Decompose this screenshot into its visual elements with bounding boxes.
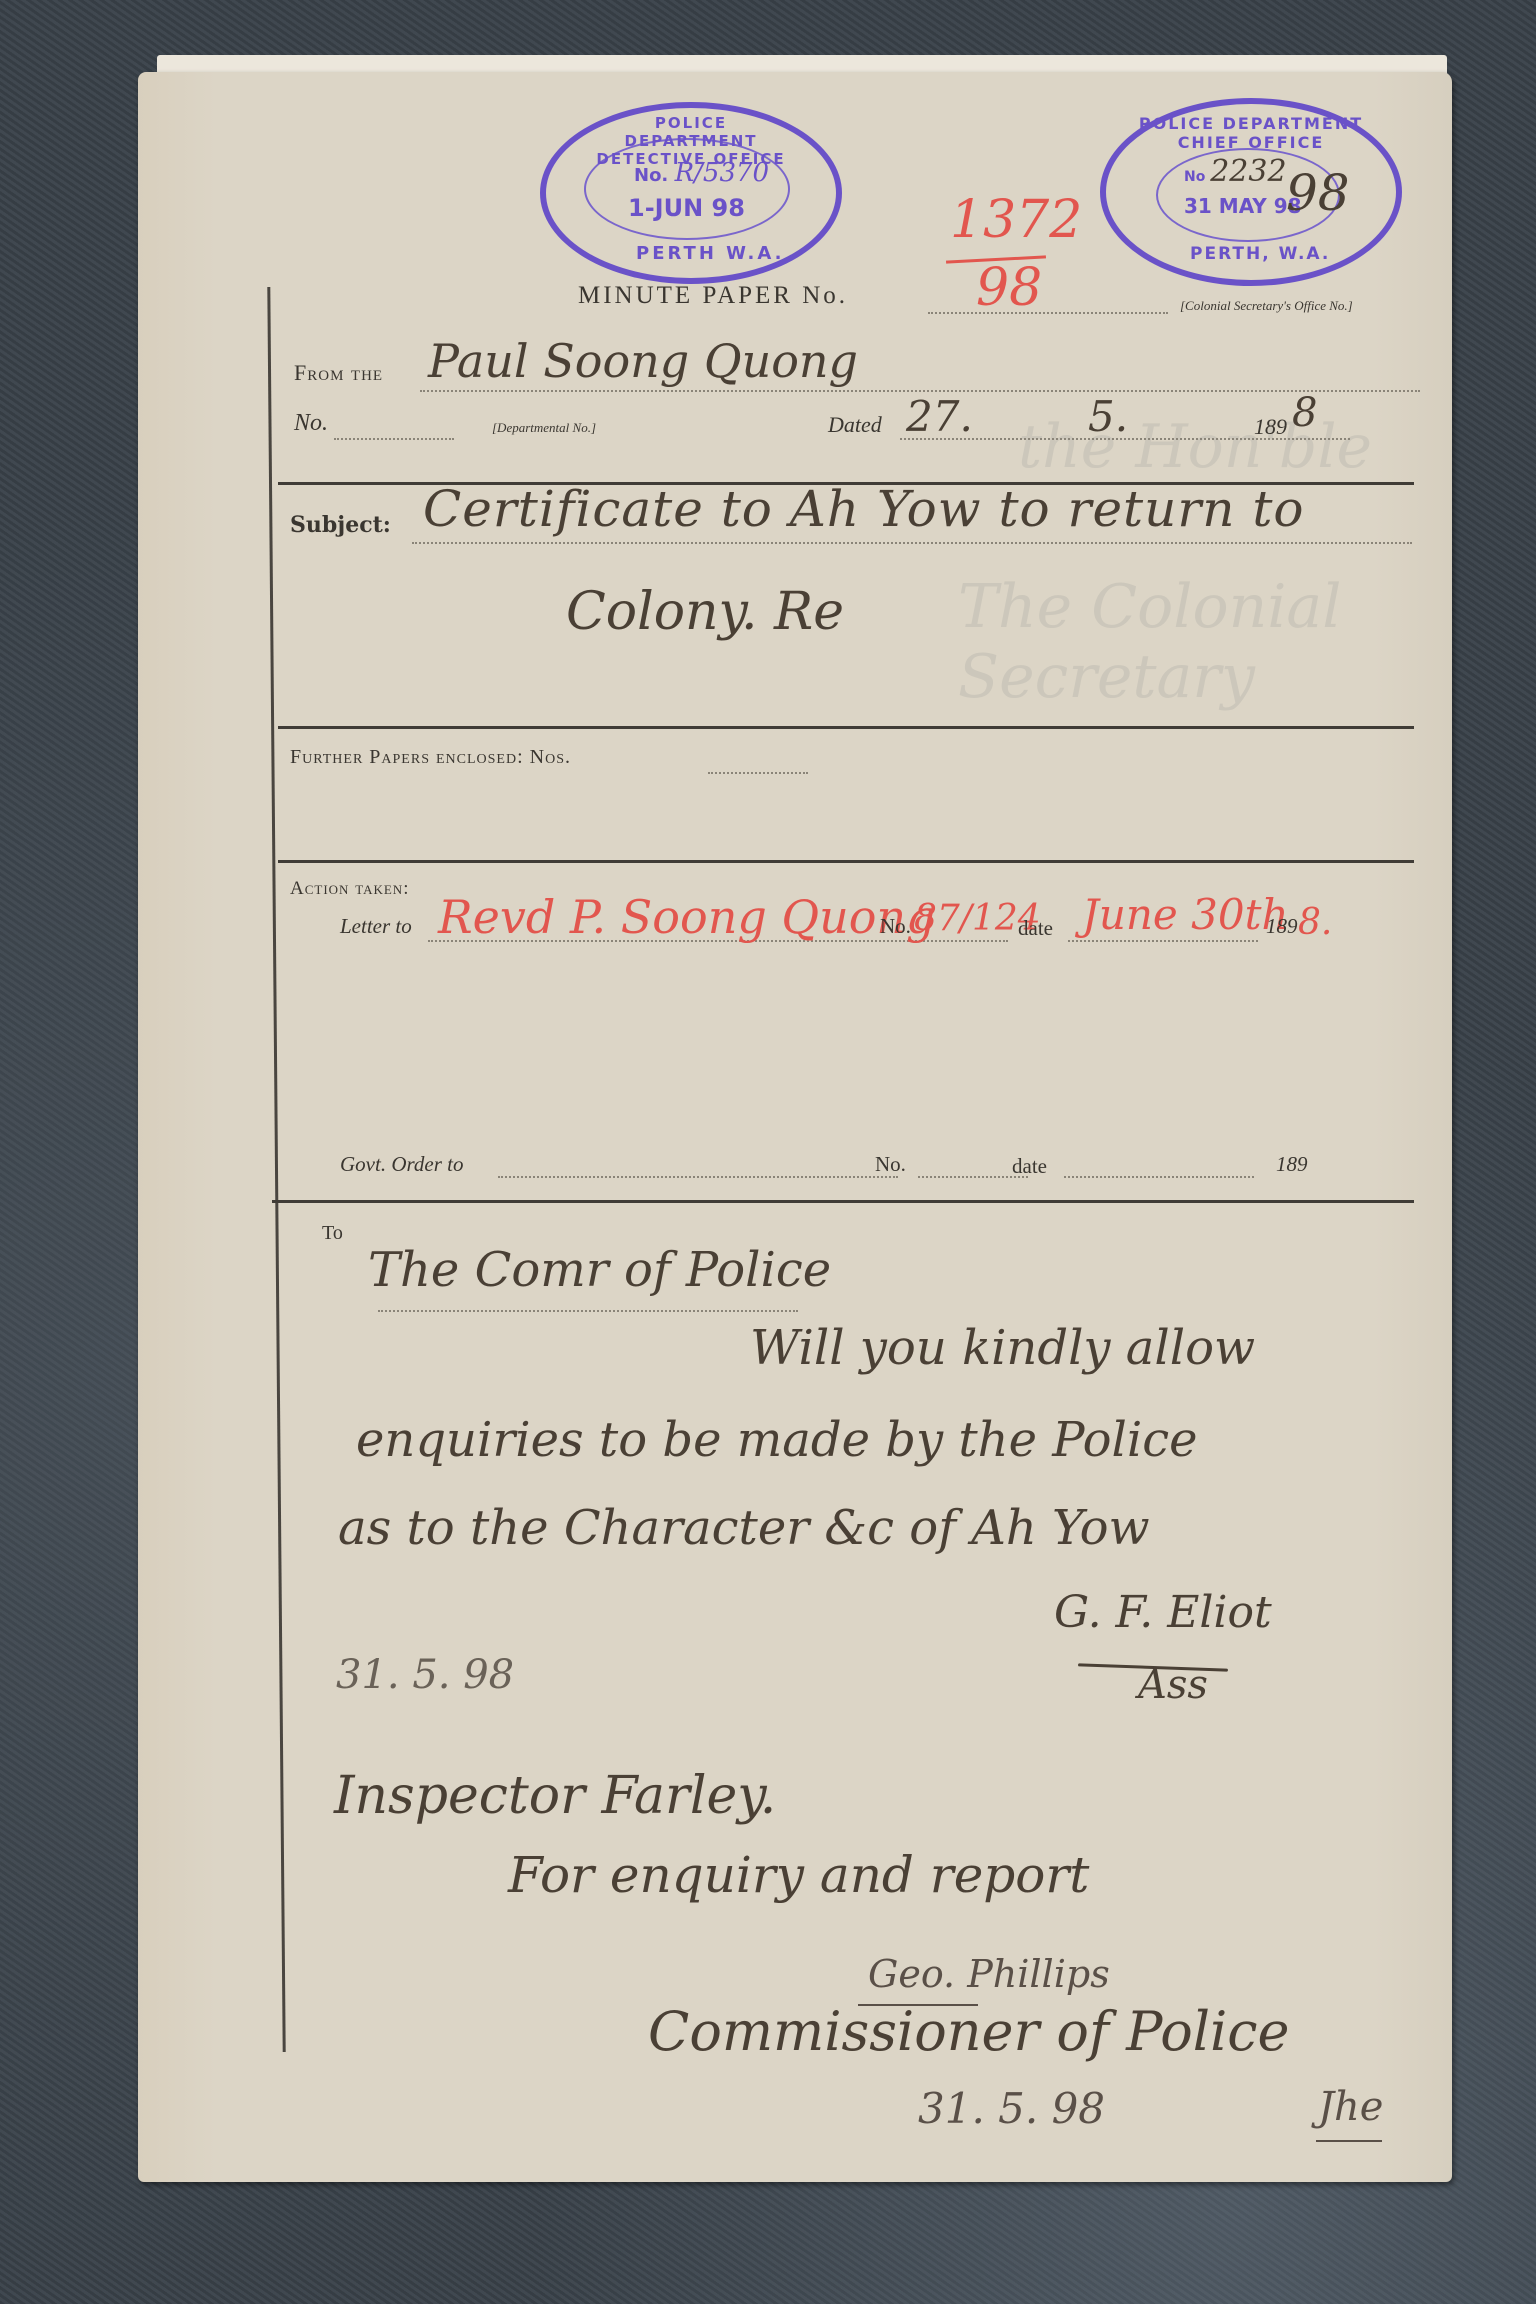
action-date-label: date (1018, 916, 1053, 941)
left-margin-rule (267, 287, 285, 2052)
letter-to-value: Revd P. Soong Quong (438, 890, 936, 944)
minute-initials: Jhe (1318, 2084, 1383, 2130)
dated-day: 27. (906, 392, 973, 441)
govt-order-line (498, 1176, 898, 1178)
govt-order-no-label: No. (875, 1152, 906, 1177)
action-no-label: No. (880, 914, 911, 939)
from-value: Paul Soong Quong (428, 334, 858, 388)
stamp-number: R/5370 (675, 158, 770, 188)
subject-line-1: Certificate to Ah Yow to return to (423, 480, 1305, 538)
colonial-secretary-label: [Colonial Secretary's Office No.] (1180, 298, 1353, 314)
minute-date: 31. 5. 98 (918, 2084, 1105, 2133)
minute-number-line (928, 312, 1168, 314)
letter-to-label: Letter to (340, 914, 412, 939)
commissioner-title: Commissioner of Police (648, 2000, 1290, 2063)
govt-order-label: Govt. Order to (340, 1152, 463, 1177)
govt-order-date-label: date (1012, 1154, 1047, 1179)
no-label: No. (294, 410, 328, 437)
from-label: From the (294, 360, 383, 386)
action-year-suffix: 8. (1298, 902, 1332, 943)
letter-body-line-2: enquiries to be made by the Police (356, 1412, 1197, 1468)
minute-year: 98 (976, 258, 1042, 318)
chief-office-stamp: POLICE DEPARTMENT CHIEF OFFICE No 2232 3… (1100, 98, 1402, 286)
initials-underline (1316, 2140, 1382, 2142)
detective-office-stamp: POLICE DEPARTMENT DETECTIVE OFFICE No. R… (540, 102, 842, 284)
bleed-through-text: The Colonial Secretary (958, 572, 1452, 712)
letter-date: 31. 5. 98 (336, 1652, 514, 1698)
minute-addressee: Inspector Farley. (334, 1766, 776, 1826)
section-divider (278, 860, 1414, 863)
letter-body-line-1: Will you kindly allow (750, 1320, 1255, 1376)
subject-label: Subject: (290, 512, 391, 538)
stamp-number-label: No (1184, 169, 1205, 185)
section-divider (278, 726, 1414, 729)
commissioner-signature: Geo. Phillips (868, 1952, 1110, 1996)
stamp-number: 2232 (1210, 154, 1286, 189)
stamp-location: PERTH, W.A. (1190, 244, 1330, 264)
stamp-number-label: No. (634, 165, 668, 186)
no-line (334, 438, 454, 440)
section-divider (272, 1200, 1414, 1203)
action-date-line (1068, 940, 1258, 942)
dated-year-suffix: 8 (1292, 390, 1317, 436)
stamp-date: 31 MAY 98 (1184, 194, 1302, 218)
action-taken-label: Action taken: (290, 878, 409, 900)
subject-line-2: Colony. Re (566, 582, 844, 642)
action-year-prefix: 189 (1266, 914, 1298, 939)
action-date-value: June 30th (1082, 890, 1289, 939)
letter-signature-sub: Ass (1138, 1662, 1208, 1708)
stamp-location: PERTH W.A. (636, 243, 784, 264)
dated-year-prefix: 189 (1254, 414, 1287, 440)
govt-order-year-prefix: 189 (1276, 1152, 1308, 1177)
minute-instruction: For enquiry and report (508, 1846, 1089, 1904)
to-addressee: The Comr of Police (368, 1242, 831, 1298)
stamp-handwritten-year: 98 (1286, 164, 1350, 222)
govt-order-date-line (1064, 1176, 1254, 1178)
minute-paper: the Hon'ble The Colonial Secretary POLIC… (138, 72, 1452, 2182)
minute-number: 1372 (950, 190, 1082, 250)
further-papers-line (708, 772, 808, 774)
dated-label: Dated (828, 412, 882, 438)
dated-month: 5. (1088, 392, 1128, 441)
subject-line (412, 542, 1412, 544)
letter-body-line-3: as to the Character &c of Ah Yow (338, 1500, 1150, 1556)
departmental-no-label: [Departmental No.] (492, 420, 596, 436)
letter-signature: G. F. Eliot (1054, 1587, 1272, 1638)
page-title: MINUTE PAPER No. (578, 282, 848, 310)
bleed-through-text: the Hon'ble (1018, 412, 1372, 482)
stamp-date: 1-JUN 98 (628, 194, 745, 222)
to-line (378, 1310, 798, 1312)
further-papers-label: Further Papers enclosed: Nos. (290, 746, 571, 769)
to-label: To (322, 1222, 343, 1245)
